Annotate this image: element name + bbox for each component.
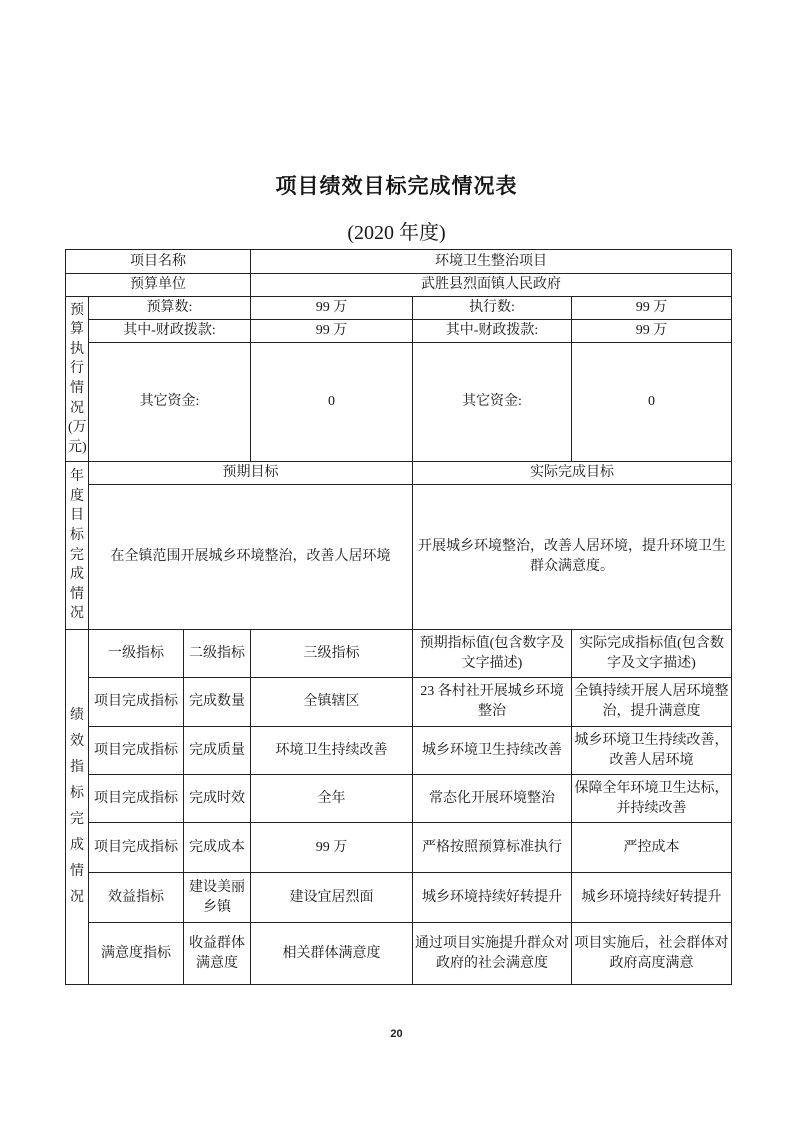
indicator-row: 项目完成指标 完成数量 全镇辖区 23 各村社开展城乡环境整治 全镇持续开展人居… <box>66 678 732 727</box>
table-row: 预 算 执 行 情 况 (万 元) 预算数: 99 万 执行数: 99 万 <box>66 297 732 320</box>
budget-section-vertical-label: 预 算 执 行 情 况 (万 元) <box>66 297 89 462</box>
indicator-level3: 相关群体满意度 <box>251 923 413 985</box>
indicator-row: 满意度指标 收益群体满意度 相关群体满意度 通过项目实施提升群众对政府的社会满意… <box>66 923 732 985</box>
budget-unit-value: 武胜县烈面镇人民政府 <box>251 274 732 297</box>
indicator-row: 项目完成指标 完成成本 99 万 严格按照预算标准执行 严控成本 <box>66 823 732 873</box>
table-row: 年 度 目 标 完 成 情 况 预期目标 实际完成目标 <box>66 462 732 485</box>
indicator-actual: 城乡环境持续好转提升 <box>572 873 732 923</box>
table-row: 项目名称 环境卫生整治项目 <box>66 250 732 274</box>
project-name-label: 项目名称 <box>66 250 251 274</box>
indicator-actual: 城乡环境卫生持续改善，改善人居环境 <box>572 727 732 775</box>
indicator-level2: 完成时效 <box>184 775 251 823</box>
indicator-expected: 城乡环境持续好转提升 <box>413 873 572 923</box>
indicator-header-level1: 一级指标 <box>89 630 184 678</box>
indicator-level2: 完成数量 <box>184 678 251 727</box>
fiscal-allocation-value-left: 99 万 <box>251 320 413 343</box>
indicator-level1: 满意度指标 <box>89 923 184 985</box>
indicator-level3: 全镇辖区 <box>251 678 413 727</box>
indicator-level1: 项目完成指标 <box>89 727 184 775</box>
indicator-header-expected: 预期指标值(包含数字及文字描述) <box>413 630 572 678</box>
budget-amount-value: 99 万 <box>251 297 413 320</box>
other-funds-value-left: 0 <box>251 343 413 462</box>
indicator-row: 效益指标 建设美丽乡镇 建设宜居烈面 城乡环境持续好转提升 城乡环境持续好转提升 <box>66 873 732 923</box>
indicator-actual: 严控成本 <box>572 823 732 873</box>
table-row: 在全镇范围开展城乡环境整治，改善人居环境 开展城乡环境整治，改善人居环境，提升环… <box>66 485 732 630</box>
actual-goal-header: 实际完成目标 <box>413 462 732 485</box>
indicator-expected: 城乡环境卫生持续改善 <box>413 727 572 775</box>
indicator-level2: 完成成本 <box>184 823 251 873</box>
indicator-level1: 效益指标 <box>89 873 184 923</box>
indicator-level2: 建设美丽乡镇 <box>184 873 251 923</box>
performance-table: 项目名称 环境卫生整治项目 预算单位 武胜县烈面镇人民政府 预 算 执 行 情 … <box>65 249 732 985</box>
indicator-actual: 保障全年环境卫生达标，并持续改善 <box>572 775 732 823</box>
indicator-actual: 全镇持续开展人居环境整治，提升满意度 <box>572 678 732 727</box>
indicator-level2: 完成质量 <box>184 727 251 775</box>
indicator-level2: 收益群体满意度 <box>184 923 251 985</box>
actual-goal-text: 开展城乡环境整治，改善人居环境，提升环境卫生群众满意度。 <box>413 485 732 630</box>
indicator-header-level2: 二级指标 <box>184 630 251 678</box>
indicator-expected: 严格按照预算标准执行 <box>413 823 572 873</box>
budget-unit-label: 预算单位 <box>66 274 251 297</box>
table-row: 绩 效 指 标 完 成 情 况 一级指标 二级指标 三级指标 预期指标值(包含数… <box>66 630 732 678</box>
other-funds-value-right: 0 <box>572 343 732 462</box>
indicator-level3: 建设宜居烈面 <box>251 873 413 923</box>
table-row: 预算单位 武胜县烈面镇人民政府 <box>66 274 732 297</box>
expected-goal-text: 在全镇范围开展城乡环境整治，改善人居环境 <box>89 485 413 630</box>
indicator-expected: 23 各村社开展城乡环境整治 <box>413 678 572 727</box>
indicator-level1: 项目完成指标 <box>89 823 184 873</box>
indicator-level1: 项目完成指标 <box>89 678 184 727</box>
document-page: 项目绩效目标完成情况表 (2020 年度) 项目名称 环境卫生整治项目 预算单位… <box>0 0 793 1122</box>
project-name-value: 环境卫生整治项目 <box>251 250 732 274</box>
indicator-actual: 项目实施后，社会群体对政府高度满意 <box>572 923 732 985</box>
annual-goal-vertical-label: 年 度 目 标 完 成 情 况 <box>66 462 89 630</box>
indicator-level3: 99 万 <box>251 823 413 873</box>
indicator-header-level3: 三级指标 <box>251 630 413 678</box>
document-subtitle: (2020 年度) <box>0 216 793 245</box>
page-number: 20 <box>0 1028 793 1040</box>
indicator-header-actual: 实际完成指标值(包含数字及文字描述) <box>572 630 732 678</box>
indicator-section-vertical-label: 绩 效 指 标 完 成 情 况 <box>66 630 89 985</box>
other-funds-label-right: 其它资金: <box>413 343 572 462</box>
indicator-expected: 通过项目实施提升群众对政府的社会满意度 <box>413 923 572 985</box>
document-title: 项目绩效目标完成情况表 <box>0 170 793 200</box>
budget-amount-label: 预算数: <box>89 297 251 320</box>
indicator-row: 项目完成指标 完成质量 环境卫生持续改善 城乡环境卫生持续改善 城乡环境卫生持续… <box>66 727 732 775</box>
indicator-expected: 常态化开展环境整治 <box>413 775 572 823</box>
indicator-level1: 项目完成指标 <box>89 775 184 823</box>
executed-amount-value: 99 万 <box>572 297 732 320</box>
other-funds-label-left: 其它资金: <box>89 343 251 462</box>
indicator-level3: 全年 <box>251 775 413 823</box>
indicator-level3: 环境卫生持续改善 <box>251 727 413 775</box>
table-row: 其中-财政拨款: 99 万 其中-财政拨款: 99 万 <box>66 320 732 343</box>
expected-goal-header: 预期目标 <box>89 462 413 485</box>
indicator-row: 项目完成指标 完成时效 全年 常态化开展环境整治 保障全年环境卫生达标，并持续改… <box>66 775 732 823</box>
executed-amount-label: 执行数: <box>413 297 572 320</box>
fiscal-allocation-label-left: 其中-财政拨款: <box>89 320 251 343</box>
table-row: 其它资金: 0 其它资金: 0 <box>66 343 732 462</box>
fiscal-allocation-label-right: 其中-财政拨款: <box>413 320 572 343</box>
fiscal-allocation-value-right: 99 万 <box>572 320 732 343</box>
